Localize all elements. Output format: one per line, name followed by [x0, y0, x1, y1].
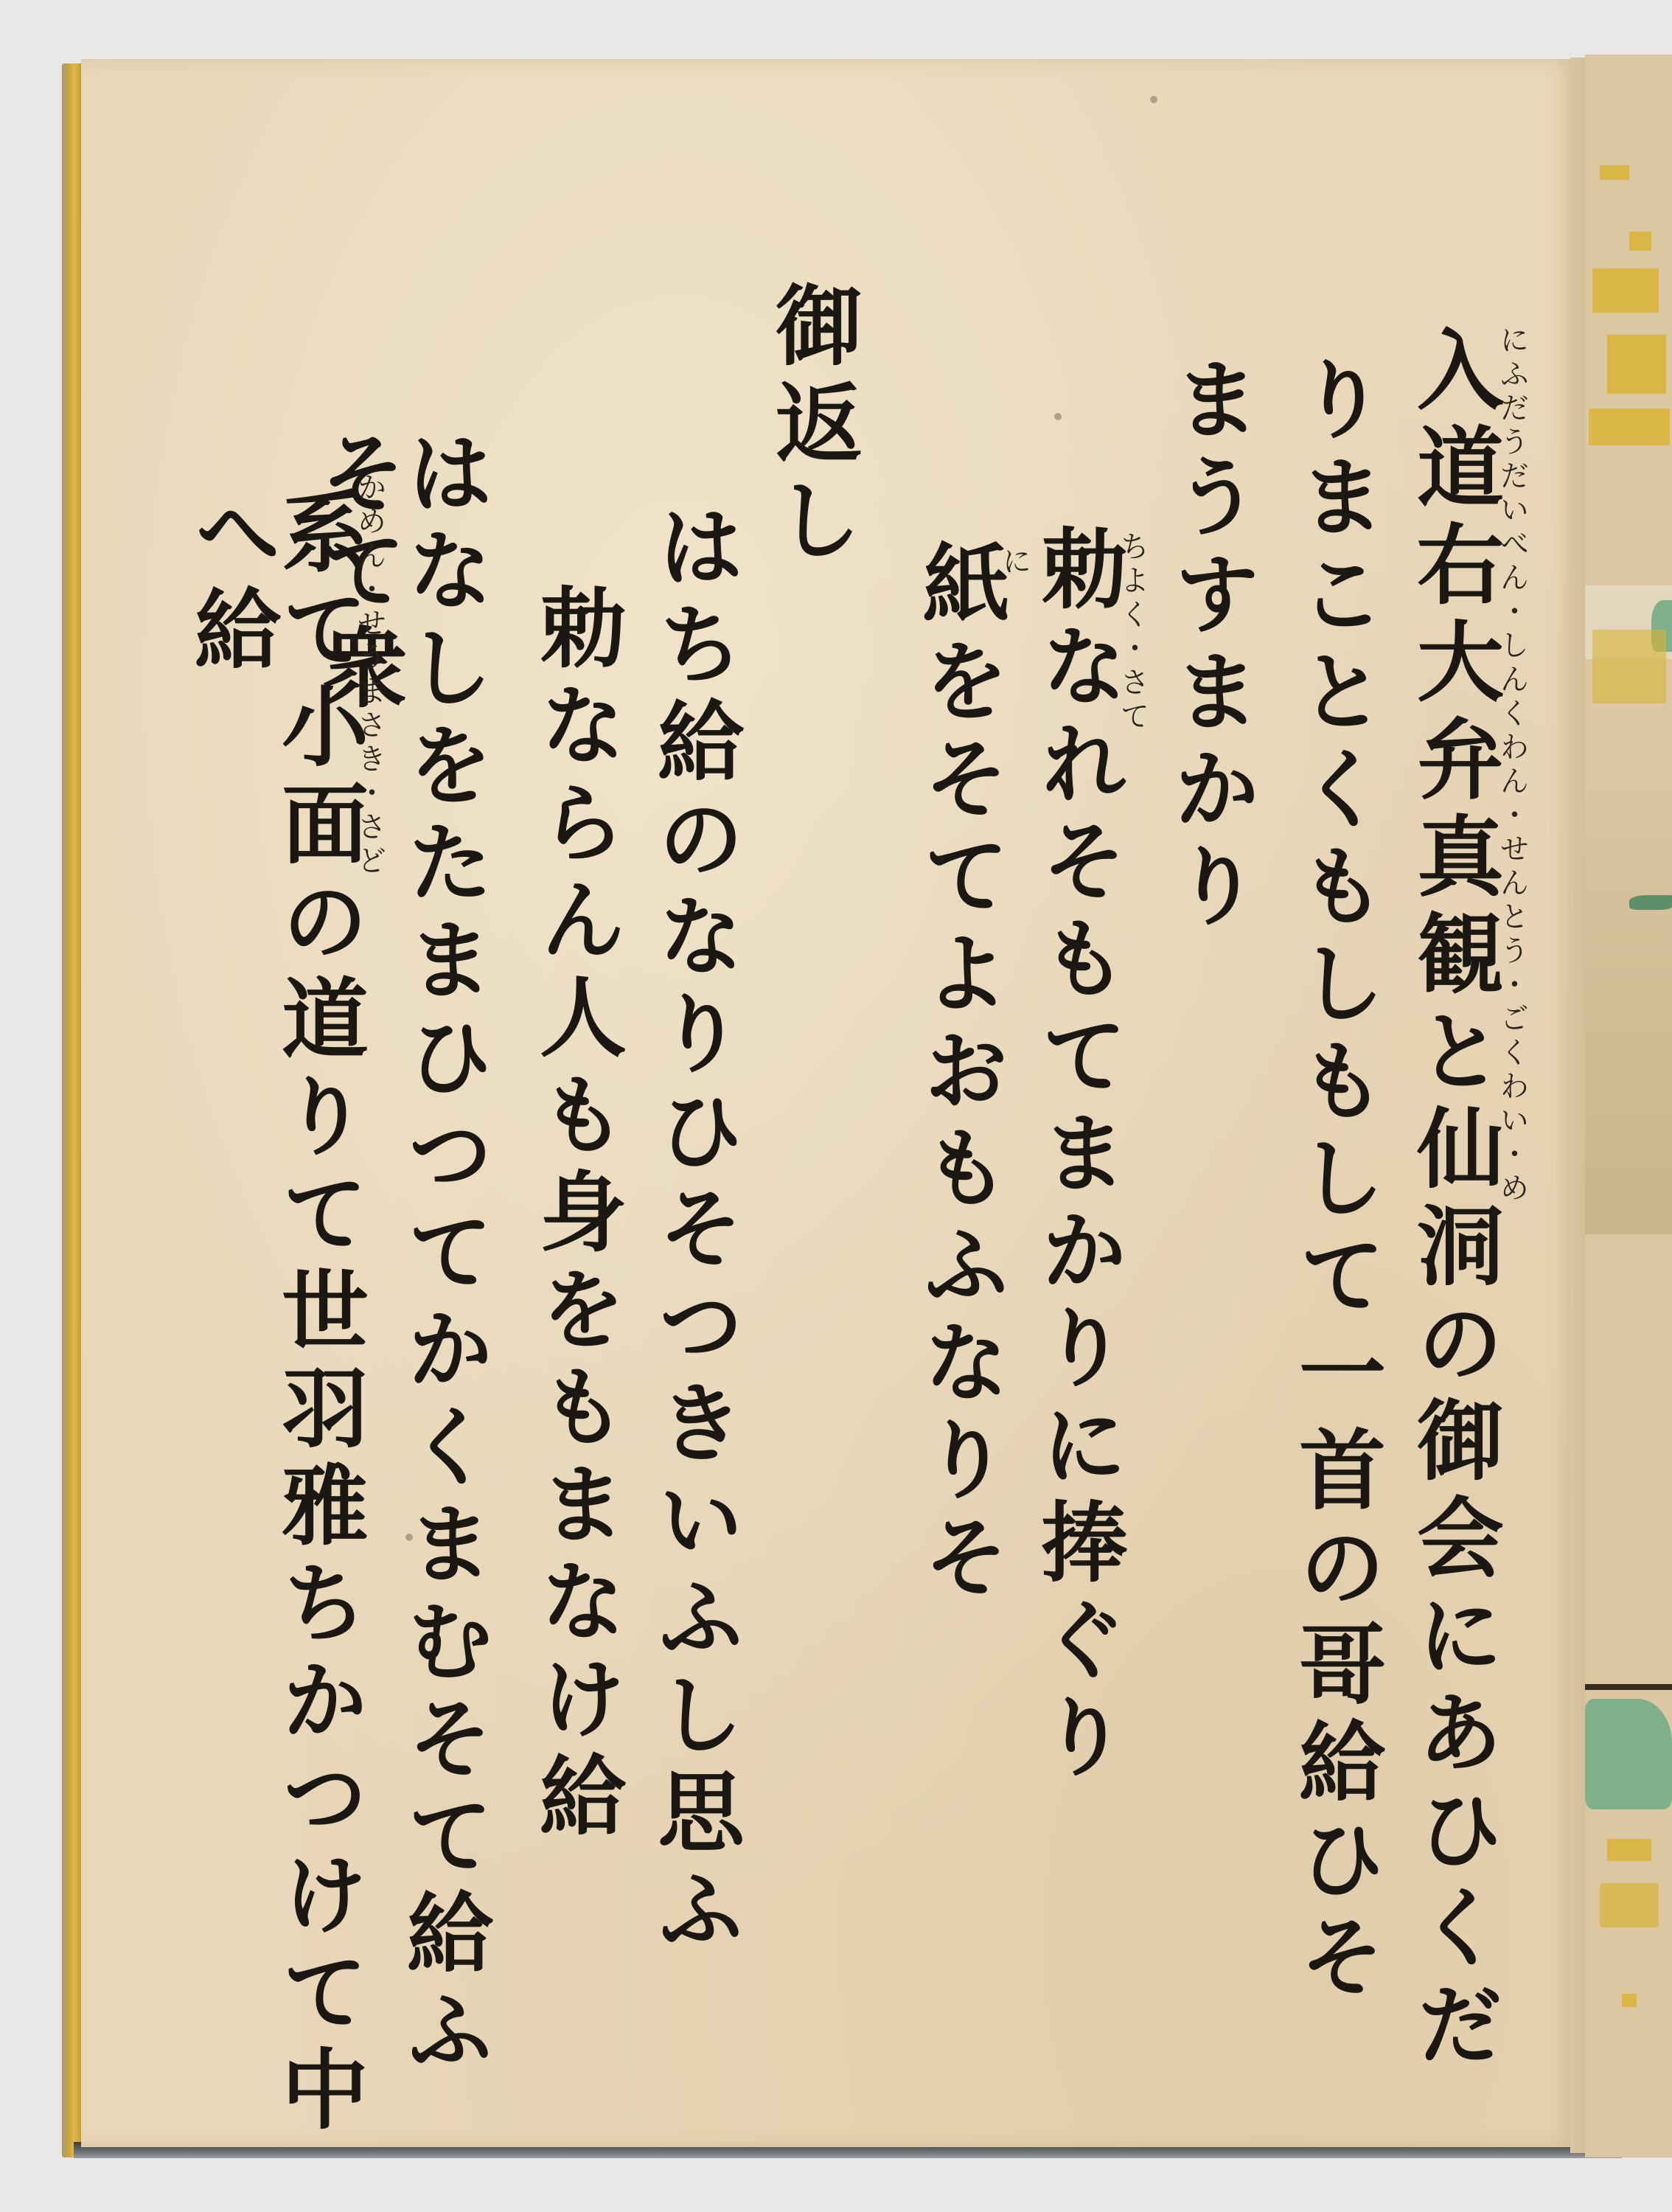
text-column-3: まうすまかり	[1166, 354, 1253, 1018]
gold-leaf	[1607, 335, 1666, 394]
landscape-ridge	[1585, 1684, 1672, 1690]
gold-leaf	[1600, 1883, 1659, 1927]
text-column-10: 系て小面の道りて世羽雅ちかつけて中へ給	[187, 487, 361, 2146]
facing-illustrated-page	[1585, 55, 1672, 2157]
painted-band	[1585, 792, 1672, 1234]
gold-leaf	[1592, 268, 1659, 313]
gold-leaf	[1629, 232, 1651, 251]
text-column-8: 勅ならん人も身をもまなけ給	[532, 582, 619, 2020]
ruby-column-1: にふだうだいべん・しんくわん・せんとう・ごくわい・め	[1491, 324, 1533, 2094]
text-column-2: りまことくもしもして一首の哥給ひそ	[1292, 354, 1379, 2153]
green-foliage	[1629, 895, 1672, 910]
text-column-5: 紙をそてよおもふなりそ	[916, 538, 1003, 1865]
text-column-1: 入道右大弁真観と仙洞の御会にあひくだ	[1410, 324, 1497, 2183]
text-page: 入道右大弁真観と仙洞の御会にあひくだ にふだうだいべん・しんくわん・せんとう・ご…	[81, 59, 1578, 2147]
green-hill	[1585, 1699, 1672, 1809]
gold-leaf	[1607, 1839, 1651, 1861]
gold-leaf	[1600, 165, 1629, 180]
gold-leaf	[1622, 1994, 1637, 2007]
gold-leaf	[1589, 408, 1670, 445]
text-column-4: 勅なれそもてまかりに捧ぐり	[1034, 524, 1121, 1969]
ruby-column-5: に	[994, 546, 1036, 693]
text-column-6: 御返し	[768, 280, 855, 796]
ruby-column-10: かめん・せうまさき・さど	[349, 472, 391, 1652]
text-column-7: はち給のなりひそつきいふし思ふ	[650, 501, 737, 2138]
paper-speck	[1054, 413, 1062, 420]
ruby-column-4: ちよく・さて	[1112, 531, 1154, 1711]
paper-speck	[405, 1534, 413, 1541]
gold-leaf	[1592, 630, 1666, 703]
paper-speck	[1150, 96, 1157, 103]
